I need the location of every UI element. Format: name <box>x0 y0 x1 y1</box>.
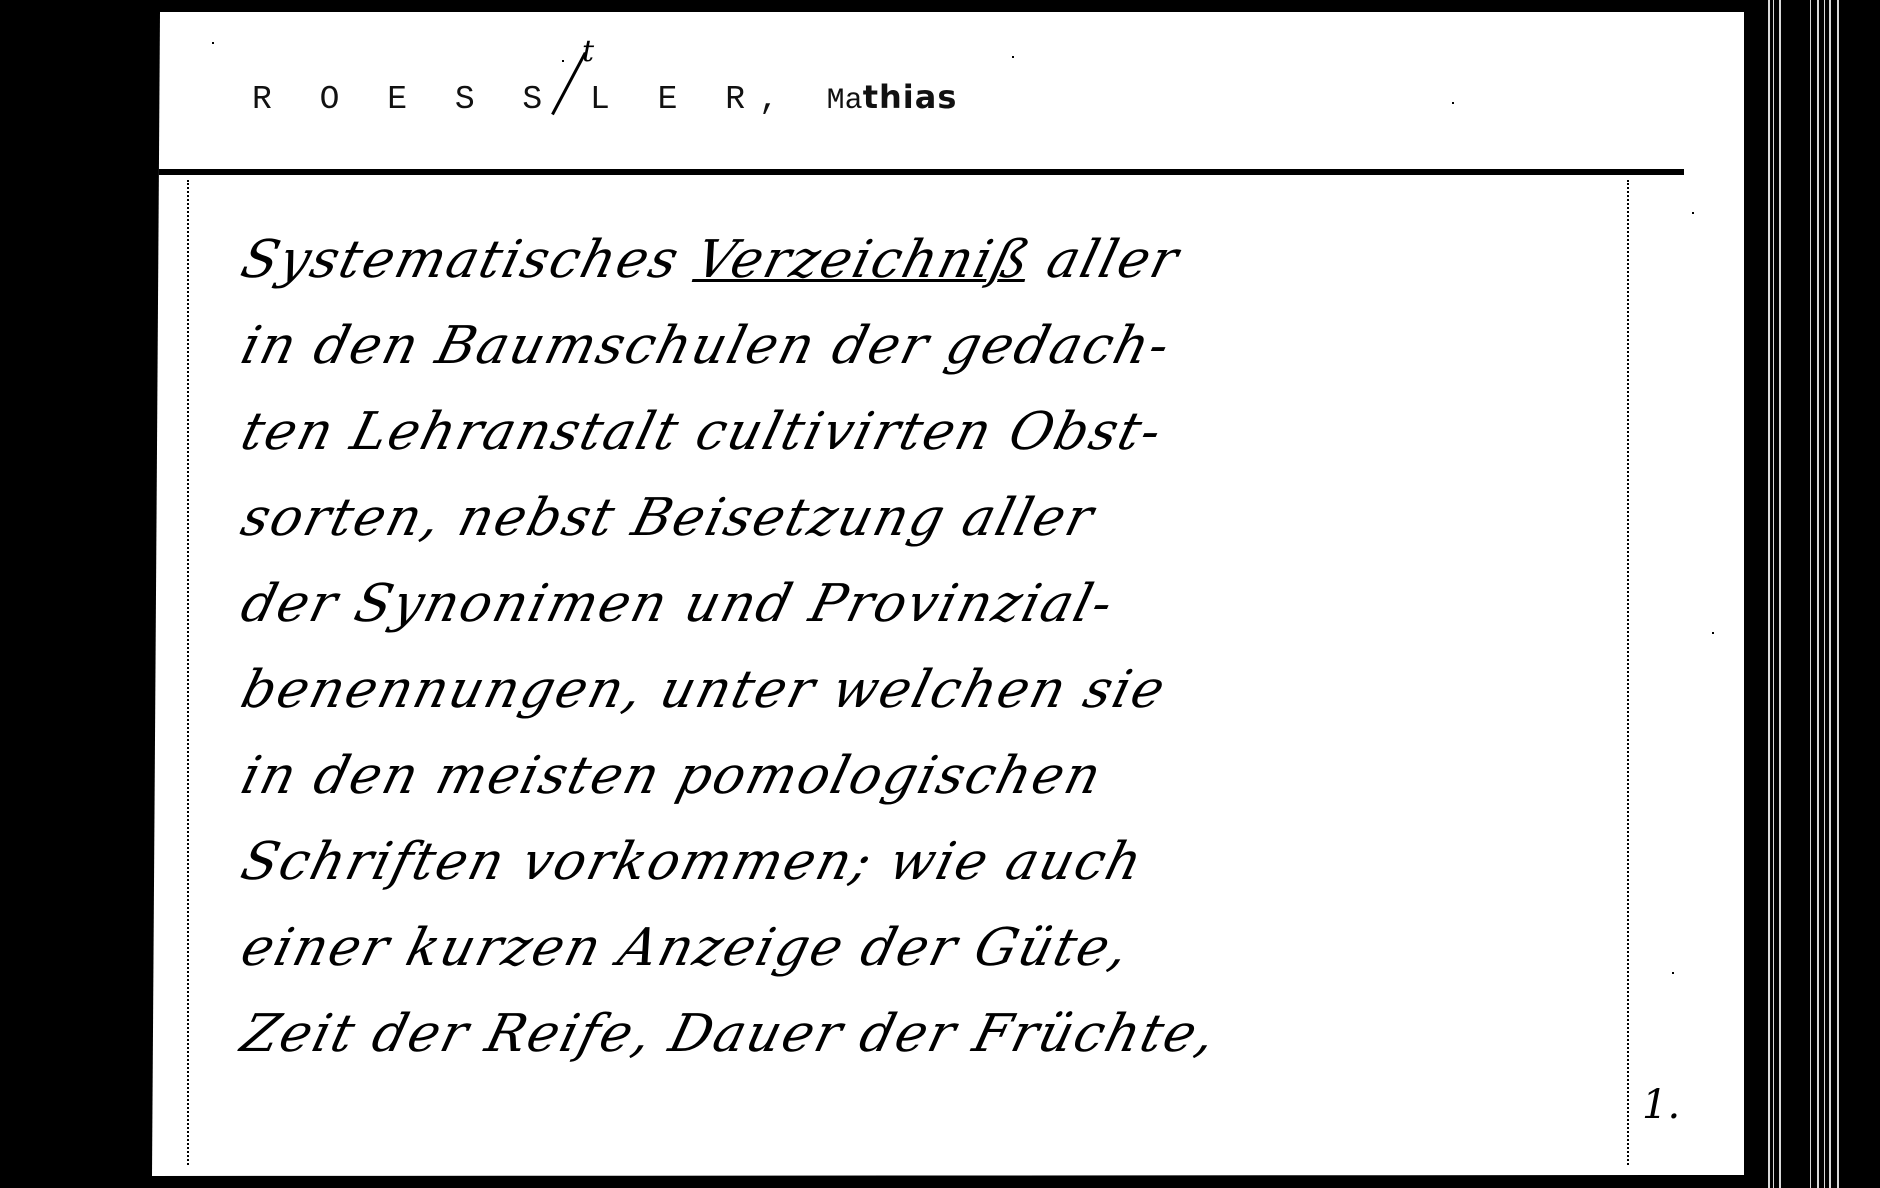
scan-speck <box>212 42 214 44</box>
header-divider <box>152 169 1684 175</box>
script-line: in den Baumschulen der gedach- <box>232 303 1643 389</box>
scan-line <box>1829 0 1831 1188</box>
scan-speck <box>1452 102 1454 104</box>
handwritten-body: Systematisches Verzeichniß aller in den … <box>232 217 1622 1077</box>
scan-speck <box>1712 632 1714 634</box>
script-line: Zeit der Reife, Dauer der Früchte, <box>232 991 1643 1077</box>
script-line: Schriften vorkommen; wie auch <box>232 819 1643 905</box>
scan-line <box>1810 0 1811 1188</box>
scan-speck <box>1692 212 1694 214</box>
surname: R O E S S L E R, <box>252 81 793 118</box>
given-name: Mathias <box>827 84 958 118</box>
scan-line <box>1773 0 1774 1188</box>
left-margin-dotted-line <box>187 180 189 1165</box>
scan-speck <box>562 60 564 62</box>
scan-speck <box>1012 56 1014 58</box>
card-header-name: R O E S S L E R, Mathias <box>252 78 957 118</box>
scan-line <box>1824 0 1825 1188</box>
script-line: in den meisten pomologischen <box>232 733 1643 819</box>
scanner-edge-strip <box>1744 0 1880 1188</box>
script-line: Systematisches Verzeichniß aller <box>232 217 1643 303</box>
page-number-mark: 1. <box>1642 1082 1680 1128</box>
scan-line <box>1768 0 1770 1188</box>
script-line: sorten, nebst Beisetzung aller <box>232 475 1643 561</box>
script-line: einer kurzen Anzeige der Güte, <box>232 905 1643 991</box>
document-page: R O E S S L E R, Mathias t Systematische… <box>152 12 1744 1176</box>
given-name-handwritten: thias <box>863 78 958 116</box>
script-line: der Synonimen und Provinzial- <box>232 561 1643 647</box>
scan-line <box>1817 0 1819 1188</box>
script-line: ten Lehranstalt cultivirten Obst- <box>232 389 1643 475</box>
scan-line <box>1779 0 1781 1188</box>
scan-line <box>1837 0 1839 1188</box>
given-name-typed: Ma <box>827 84 863 118</box>
underlined-word: Verzeichniß <box>690 230 1038 290</box>
script-line: benennungen, unter welchen sie <box>232 647 1643 733</box>
scan-speck <box>1672 972 1674 974</box>
